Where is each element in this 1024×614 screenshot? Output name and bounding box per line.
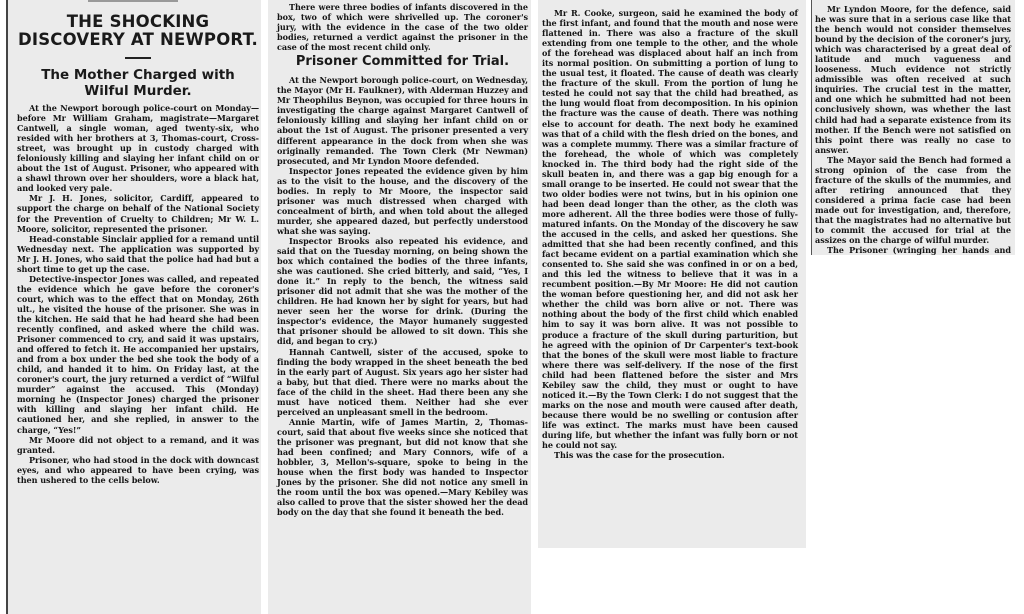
paragraph: Mr Moore did not object to a remand, and… [17,435,259,455]
paragraph: Hannah Cantwell, sister of the accused, … [277,347,528,417]
paragraph: There were three bodies of infants disco… [277,2,528,52]
article-column-3: Mr R. Cooke, surgeon, said he examined t… [538,0,806,548]
top-rule [88,0,178,2]
section-heading: Prisoner Committed for Trial. [277,54,528,69]
article-subheadline: The Mother Charged with Wilful Murder. [17,67,259,99]
paragraph: Mr J. H. Jones, solicitor, Cardiff, appe… [17,193,259,233]
paragraph: Detective-inspector Jones was called, an… [17,274,259,435]
article-column-2: There were three bodies of infants disco… [268,0,531,614]
headline-divider [125,57,151,59]
article-headline: THE SHOCKING DISCOVERY AT NEWPORT. [17,13,259,49]
paragraph: The Prisoner (wringing her hands and bur… [815,245,1011,255]
paragraph: At the Newport borough police-court on M… [17,103,259,193]
paragraph: This was the case for the prosecution. [542,450,798,460]
paragraph: Head-constable Sinclair applied for a re… [17,234,259,274]
paragraph: Mr Lyndon Moore, for the defence, said h… [815,4,1011,155]
article-column-1: THE SHOCKING DISCOVERY AT NEWPORT. The M… [6,0,261,614]
paragraph: Prisoner, who had stood in the dock with… [17,455,259,485]
paragraph: Inspector Jones repeated the evidence gi… [277,166,528,236]
paragraph: Annie Martin, wife of James Martin, 2, T… [277,417,528,517]
article-column-4: Mr Lyndon Moore, for the defence, said h… [811,0,1015,255]
paragraph: The Mayor said the Bench had formed a st… [815,155,1011,245]
paragraph: At the Newport borough police-court, on … [277,75,528,165]
paragraph: Mr R. Cooke, surgeon, said he examined t… [542,8,798,450]
paragraph: Inspector Brooks also repeated his evide… [277,236,528,347]
